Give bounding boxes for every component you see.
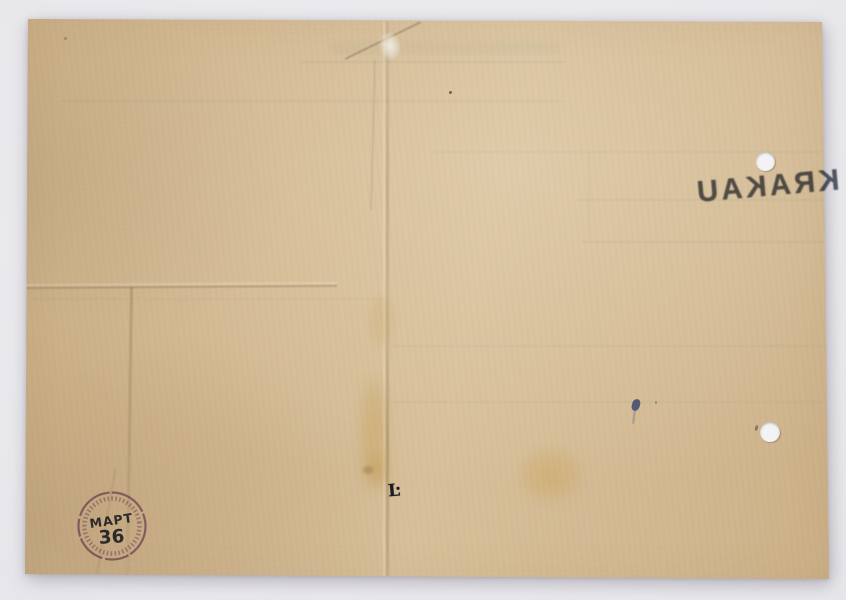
stain-faint-upper bbox=[370, 298, 394, 346]
stain-dark-spot bbox=[363, 466, 373, 474]
stain-amber-round bbox=[505, 436, 597, 514]
bleed-line bbox=[62, 100, 562, 102]
bleed-line bbox=[300, 61, 565, 63]
bleed-line bbox=[392, 345, 824, 347]
bleed-line bbox=[430, 151, 820, 153]
photo: KRAKAU МАРТ 36 Ŀ bbox=[0, 0, 846, 600]
bleed-line bbox=[392, 401, 824, 403]
bleed-line-vertical bbox=[588, 150, 590, 243]
bleed-line bbox=[582, 241, 824, 243]
ink-speck bbox=[449, 91, 452, 94]
bleed-line bbox=[578, 199, 824, 201]
ink-speck bbox=[64, 37, 67, 40]
paper-shadow-wrap bbox=[0, 0, 846, 600]
bleed-line bbox=[30, 298, 385, 300]
document-paper bbox=[0, 0, 846, 600]
